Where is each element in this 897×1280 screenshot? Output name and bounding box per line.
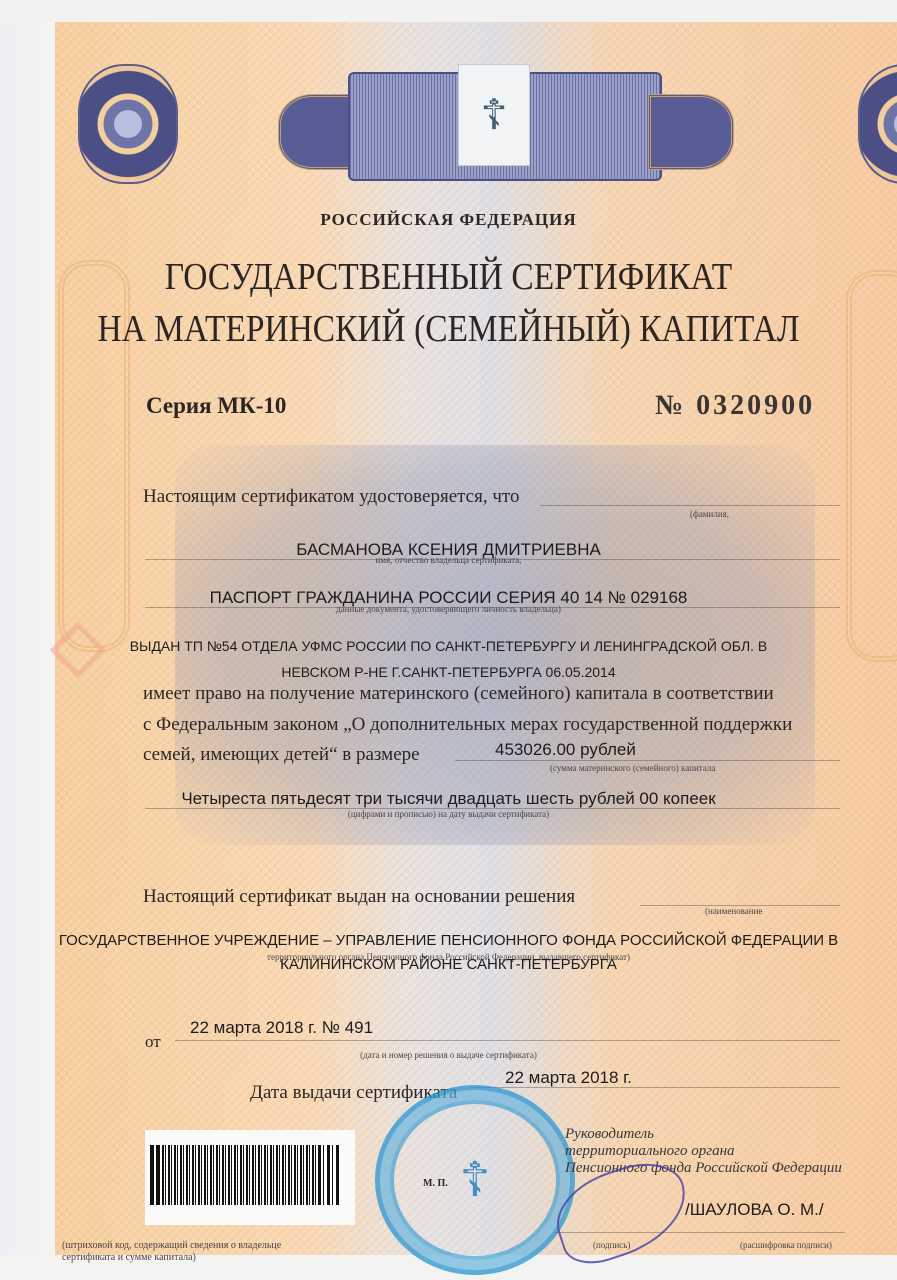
- authority-line1: ГОСУДАРСТВЕННОЕ УЧРЕЖДЕНИЕ – УПРАВЛЕНИЕ …: [0, 932, 897, 949]
- issue-date: 22 марта 2018 г.: [505, 1068, 632, 1088]
- certificate-series: Серия МК-10: [146, 393, 286, 419]
- hint-amount: (сумма материнского (семейного) капитала: [550, 763, 715, 773]
- signer-role-line2: территориального органа: [565, 1143, 735, 1160]
- guilloche-medallion-left: [78, 64, 178, 184]
- hint-signature: (подпись): [593, 1240, 630, 1250]
- official-seal-icon: ☦: [375, 1085, 575, 1275]
- decision-intro: Настоящий сертификат выдан на основании …: [143, 886, 575, 908]
- guilloche-medallion-right: [858, 64, 897, 184]
- hint-decision: (дата и номер решения о выдаче сертифика…: [0, 1050, 897, 1060]
- entitlement-line2: с Федеральным законом „О дополнительных …: [143, 714, 792, 736]
- capital-amount: 453026.00 рублей: [495, 740, 636, 760]
- barcode-icon: [150, 1145, 340, 1205]
- capital-amount-words: Четыреста пятьдесят три тысячи двадцать …: [0, 789, 897, 809]
- hint-words: (цифрами и прописью) на дату выдачи серт…: [0, 809, 897, 819]
- field-line: [540, 505, 840, 506]
- field-line: [175, 1040, 840, 1041]
- decision-reference: 22 марта 2018 г. № 491: [190, 1018, 373, 1038]
- certificate-number: № 0320900: [655, 390, 815, 422]
- seal-emblem-icon: ☦: [459, 1152, 490, 1208]
- signer-role-line1: Руководитель: [565, 1126, 654, 1143]
- hint-name: имя, отчество владельца сертификата,: [0, 555, 897, 565]
- hint-signature-decode: (расшифровка подписи): [740, 1240, 832, 1250]
- signer-name: /ШАУЛОВА О. М./: [685, 1200, 824, 1220]
- authority-line2: КАЛИНИНСКОМ РАЙОНЕ САНКТ-ПЕТЕРБУРГА: [0, 956, 897, 973]
- field-line: [555, 1232, 845, 1233]
- from-label: от: [145, 1032, 161, 1052]
- scan-top-margin: [0, 0, 897, 22]
- holder-intro: Настоящим сертификатом удостоверяется, ч…: [143, 486, 519, 508]
- field-line: [455, 760, 840, 761]
- guilloche-header-band: ☦: [58, 22, 897, 202]
- entitlement-line1: имеет право на получение материнского (с…: [143, 683, 774, 705]
- passport-issued-by-line1: ВЫДАН ТП №54 ОТДЕЛА УФМС РОССИИ ПО САНКТ…: [0, 638, 897, 654]
- field-line: [470, 1087, 840, 1088]
- hint-authority-name: (наименование: [705, 906, 762, 916]
- hint-surname: (фамилия,: [690, 509, 729, 519]
- certificate-title-line2: НА МАТЕРИНСКИЙ (СЕМЕЙНЫЙ) КАПИТАЛ: [54, 307, 843, 351]
- country-heading: РОССИЙСКАЯ ФЕДЕРАЦИЯ: [0, 210, 897, 230]
- stamp-mark: М. П.: [423, 1178, 448, 1189]
- barcode-caption-line2: сертификата и сумме капитала): [62, 1252, 196, 1263]
- entitlement-line3: семей, имеющих детей“ в размере: [143, 744, 420, 766]
- barcode-caption-line1: (штриховой код, содержащий сведения о вл…: [62, 1240, 281, 1251]
- certificate-title-line1: ГОСУДАРСТВЕННЫЙ СЕРТИФИКАТ: [54, 255, 843, 299]
- passport-issued-by-line2: НЕВСКОМ Р-НЕ Г.САНКТ-ПЕТЕРБУРГА 06.05.20…: [0, 664, 897, 680]
- coat-of-arms-icon: ☦: [458, 64, 530, 166]
- guilloche-wing-right: [648, 94, 734, 170]
- hint-passport: данные документа, удостоверяющего личнос…: [0, 604, 897, 614]
